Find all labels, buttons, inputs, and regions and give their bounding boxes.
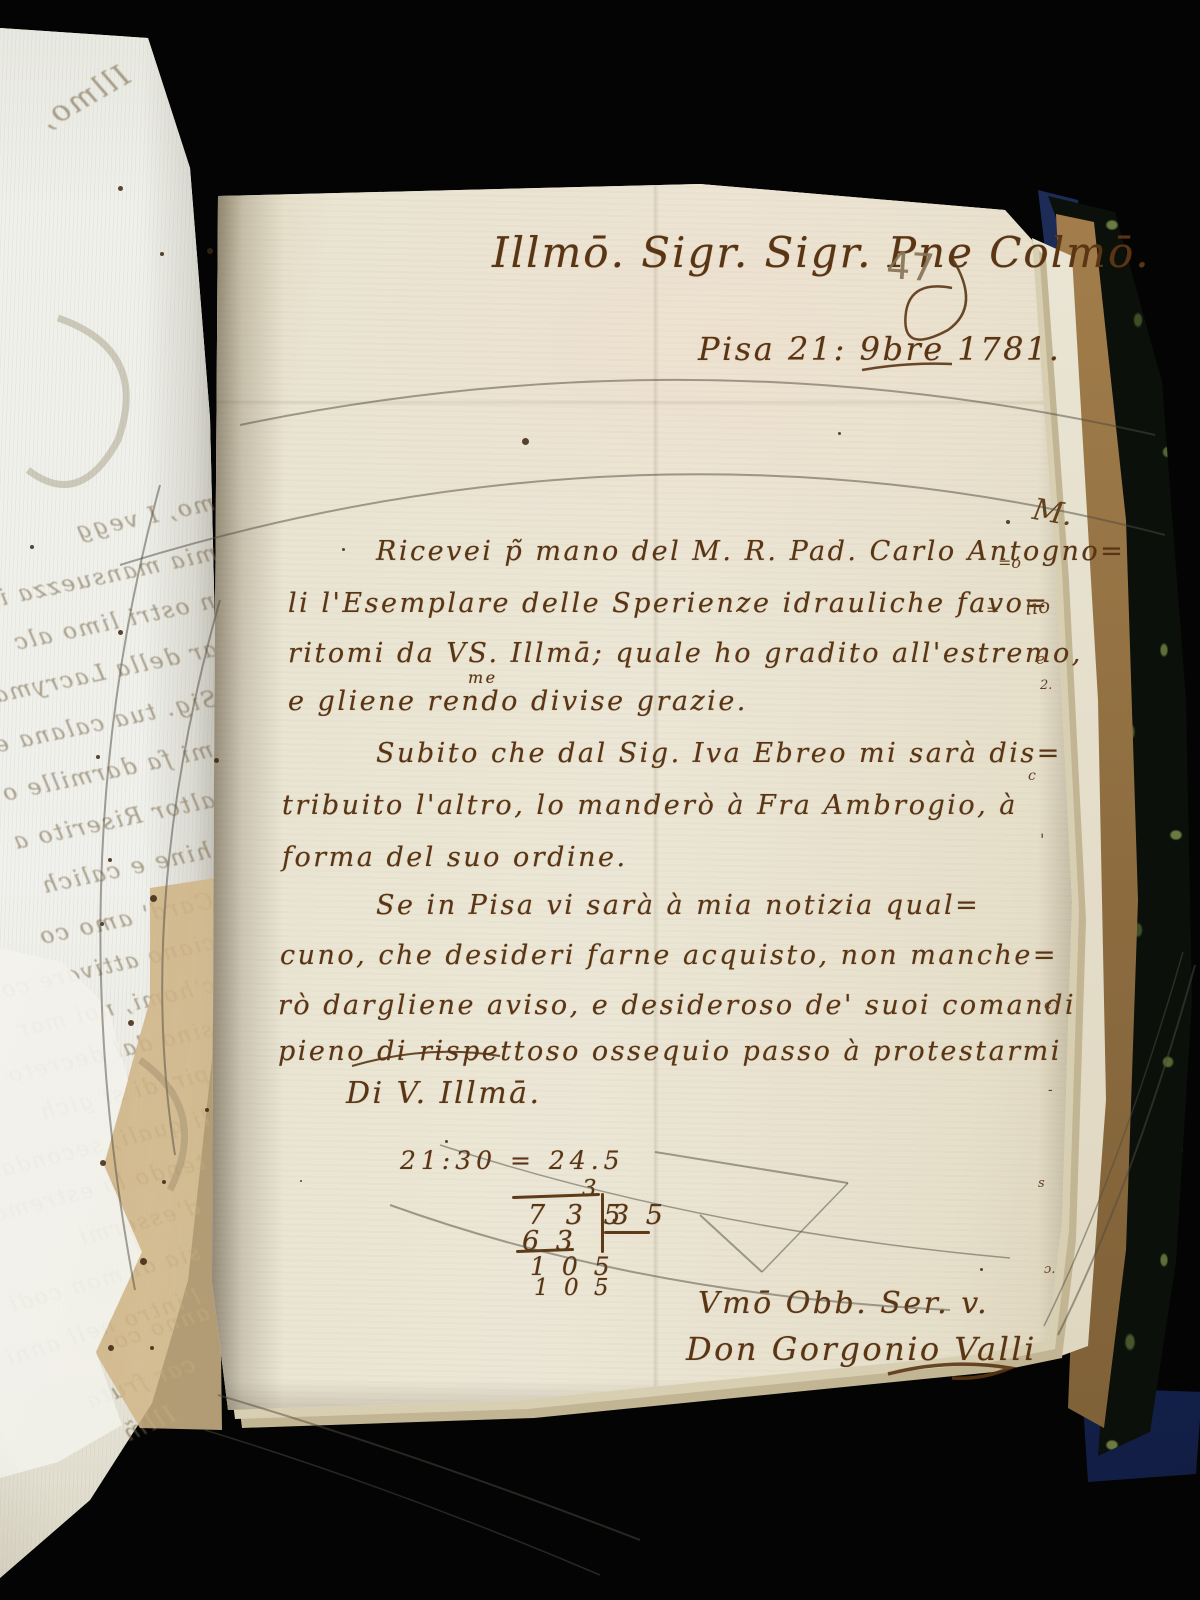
manuscript-photo: Illmo,mo, I veggmia mansuezza iln ostri …	[0, 0, 1200, 1600]
letter-page	[210, 182, 1090, 1422]
ink-spot	[207, 248, 213, 254]
page-shading	[210, 182, 1090, 1422]
